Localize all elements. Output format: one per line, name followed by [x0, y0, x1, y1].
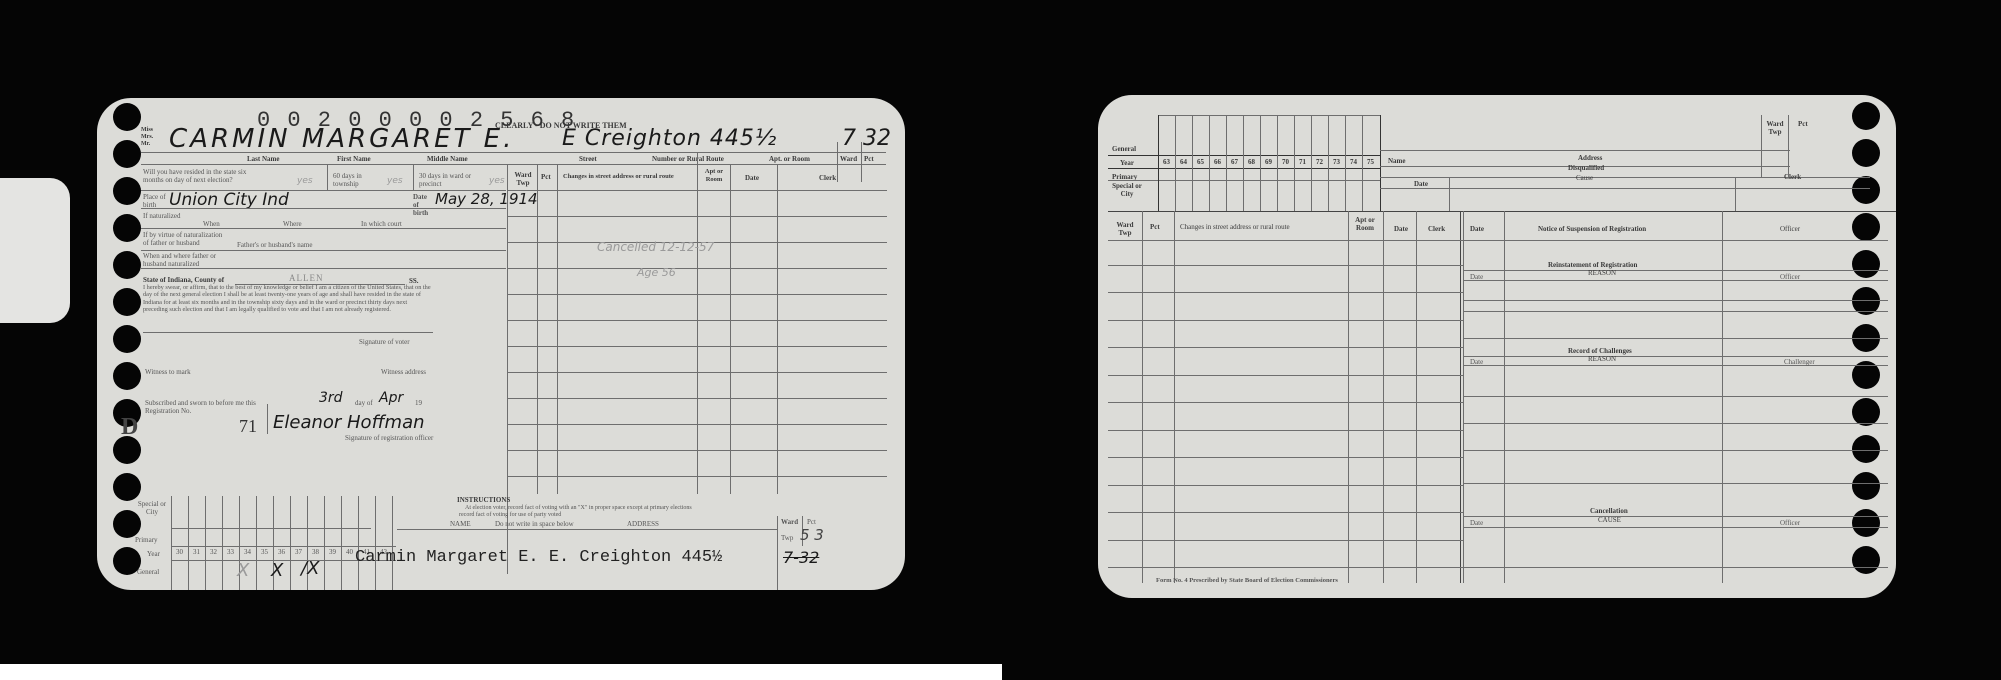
registrar-signature: Eleanor Hoffman [273, 412, 425, 433]
adjacent-card-tab [0, 178, 70, 323]
oath-text: I hereby swear, or affirm, that to the b… [143, 284, 433, 313]
year-cell: 68 [1243, 158, 1260, 166]
reinstatement-title: Reinstatement of Registration [1548, 261, 1637, 269]
title-prefix-mr: Mr. [141, 140, 150, 148]
vote-mark-x: X [237, 560, 249, 581]
header-challenge-date: Date [1470, 358, 1483, 366]
header-cancellation-date: Date [1470, 519, 1483, 527]
label-last-name: Last Name [247, 155, 279, 163]
label-witness-to-mark: Witness to mark [145, 368, 191, 376]
year-cell: 63 [1158, 158, 1175, 166]
subscribed-day-value: 3rd [319, 390, 343, 406]
header-suspension-officer: Officer [1780, 225, 1800, 233]
header-suspension-date: Date [1470, 225, 1484, 233]
form-footer: Form No. 4 Prescribed by State Board of … [1156, 577, 1338, 585]
header-ward-twp: Ward Twp [509, 171, 537, 187]
voter-registration-card-back: General Year Primary Special or City 63 … [1098, 95, 1896, 598]
challenges-title: Record of Challenges [1568, 347, 1632, 355]
year-cell: 73 [1328, 158, 1345, 166]
ward-pct-handwritten-bottom: 5 3 [800, 526, 824, 544]
header-ward-twp: Ward Twp [1112, 221, 1138, 237]
faint-age-entry: Age 56 [637, 266, 676, 279]
label-date: Date [1414, 180, 1428, 188]
ward-pct-crossed-out: 7-32 [783, 548, 819, 567]
label-name: Name [1388, 157, 1406, 165]
answer-resided-state: yes [297, 176, 313, 186]
label-when: When [203, 220, 220, 228]
label-date-of-birth: Date of birth [413, 193, 433, 217]
cancellation-title: Cancellation [1590, 507, 1628, 515]
label-address: Address [1578, 154, 1602, 162]
label-resided-state: Will you have resided in the state six m… [143, 168, 253, 184]
label-ward-bottom: Ward [781, 518, 798, 526]
label-60-days-township: 60 days in township [333, 172, 383, 188]
year-cell: 70 [1277, 158, 1294, 166]
label-cause: Cause [1576, 174, 1593, 182]
label-street: Street [579, 155, 597, 163]
year-cell: 75 [1362, 158, 1379, 166]
label-registration-no: Registration No. [145, 407, 191, 415]
label-father-husband-naturalization: If by virtue of naturalization of father… [143, 231, 223, 247]
year-cell: 39 [324, 548, 341, 556]
label-ward: Ward [840, 155, 857, 163]
label-which-court: In which court [361, 220, 402, 228]
row-label-general: General [137, 568, 159, 576]
subscribed-month-value: Apr [379, 390, 403, 406]
header-date: Date [1394, 225, 1408, 233]
year-cell: 32 [205, 548, 222, 556]
label-year-19: 19 [415, 399, 422, 407]
header-cancellation-cause: CAUSE [1598, 516, 1621, 524]
label-disqualified: Disqualified [1568, 164, 1604, 172]
label-name: NAME [450, 520, 471, 528]
header-pct: Pct [1150, 223, 1160, 231]
year-cell: 71 [1294, 158, 1311, 166]
row-label-special-city: Special or City [137, 500, 167, 516]
header-reinstatement-reason: REASON [1588, 269, 1616, 277]
header-apt-room: Apt or Room [699, 168, 729, 184]
header-cancellation-officer: Officer [1780, 519, 1800, 527]
vote-mark-x: /X [301, 558, 319, 579]
year-cell: 31 [188, 548, 205, 556]
header-changes-address: Changes in street address or rural route [563, 173, 674, 181]
label-pct-bottom: Pct [807, 518, 816, 526]
year-cell: 34 [239, 548, 256, 556]
year-cell: 36 [273, 548, 290, 556]
label-witness-address: Witness address [381, 368, 426, 376]
header-challenger: Challenger [1784, 358, 1815, 366]
voter-name-handwritten: CARMIN MARGARET E. [169, 124, 514, 154]
year-cell: 64 [1175, 158, 1192, 166]
label-first-name: First Name [337, 155, 371, 163]
year-cell: 69 [1260, 158, 1277, 166]
year-cell: 66 [1209, 158, 1226, 166]
header-challenge-reason: REASON [1588, 355, 1616, 363]
year-cell: 67 [1226, 158, 1243, 166]
header-date: Date [745, 174, 759, 182]
row-label-general: General [1112, 145, 1136, 153]
year-cell: 33 [222, 548, 239, 556]
label-middle-name: Middle Name [427, 155, 468, 163]
label-where: Where [283, 220, 302, 228]
year-cell: 74 [1345, 158, 1362, 166]
label-30-days-ward: 30 days in ward or precinct [419, 172, 483, 188]
precinct-number-handwritten: 32 [863, 126, 891, 151]
year-cell: 35 [256, 548, 273, 556]
header-clerk: Clerk [819, 174, 836, 182]
label-address: ADDRESS [627, 520, 659, 528]
year-cell: 65 [1192, 158, 1209, 166]
label-if-naturalized: If naturalized [143, 212, 183, 220]
year-cell: 37 [290, 548, 307, 556]
voter-registration-card-front: 0 0 2 0 0 0 0 2 5 6 8 CLEARLY - DO NOT W… [97, 98, 905, 590]
label-subscribed-sworn: Subscribed and sworn to before me this [145, 399, 256, 407]
faint-cancellation-entry: Cancelled 12-12-57 [597, 240, 714, 254]
label-do-not-write: Do not write in space below [495, 520, 574, 528]
header-apt-room: Apt or Room [1350, 216, 1380, 232]
year-cell: 72 [1311, 158, 1328, 166]
row-label-year: Year [1120, 159, 1134, 167]
header-clerk: Clerk [1428, 225, 1445, 233]
row-label-primary: Primary [135, 536, 158, 544]
header-suspension-notice: Notice of Suspension of Registration [1538, 225, 1646, 233]
year-cell: 30 [171, 548, 188, 556]
voter-address-handwritten: E Creighton 445½ [562, 126, 777, 151]
date-of-birth-value: May 28, 1914 [435, 190, 538, 208]
label-day-of: day of [355, 399, 373, 407]
year-cell: 38 [307, 548, 324, 556]
instructions-line-2: record fact of voting for use of party v… [459, 511, 561, 519]
label-state-county: State of Indiana, County of [143, 276, 224, 284]
county-value: ALLEN [289, 274, 324, 282]
place-of-birth-value: Union City Ind [169, 190, 289, 210]
label-clerk-top: Clerk [1784, 173, 1801, 181]
row-label-year: Year [147, 550, 160, 558]
typed-name-address: Carmin Margaret E. E. Creighton 445½ [355, 548, 722, 567]
label-number-rural-route: Number or Rural Route [652, 155, 724, 163]
answer-ward: yes [489, 176, 505, 186]
label-apt-room: Apt. or Room [769, 155, 810, 163]
party-letter: D [121, 414, 138, 441]
scan-margin-band [0, 664, 1002, 680]
label-pct-top: Pct [1798, 120, 1808, 128]
label-father-husband-name: Father's or husband's name [237, 241, 312, 249]
answer-township: yes [387, 176, 403, 186]
label-twp-bottom: Twp [781, 534, 793, 542]
instructions-title: INSTRUCTIONS [457, 496, 510, 504]
label-where-father-naturalized: When and where father or husband natural… [143, 252, 223, 268]
label-signature-of-voter: Signature of voter [359, 338, 410, 346]
header-changes-address: Changes in street address or rural route [1180, 223, 1290, 231]
label-place-of-birth: Place of birth [143, 193, 167, 209]
registration-number-value: 71 [239, 416, 257, 437]
vote-mark-x: X [271, 560, 283, 581]
label-ward-twp-top: Ward Twp [1762, 120, 1788, 136]
row-label-special-city: Special or City [1112, 182, 1142, 198]
header-pct: Pct [541, 173, 551, 181]
label-pct: Pct [864, 155, 874, 163]
label-signature-registration-officer: Signature of registration officer [345, 434, 433, 442]
ward-number-handwritten: 7 [842, 126, 856, 151]
